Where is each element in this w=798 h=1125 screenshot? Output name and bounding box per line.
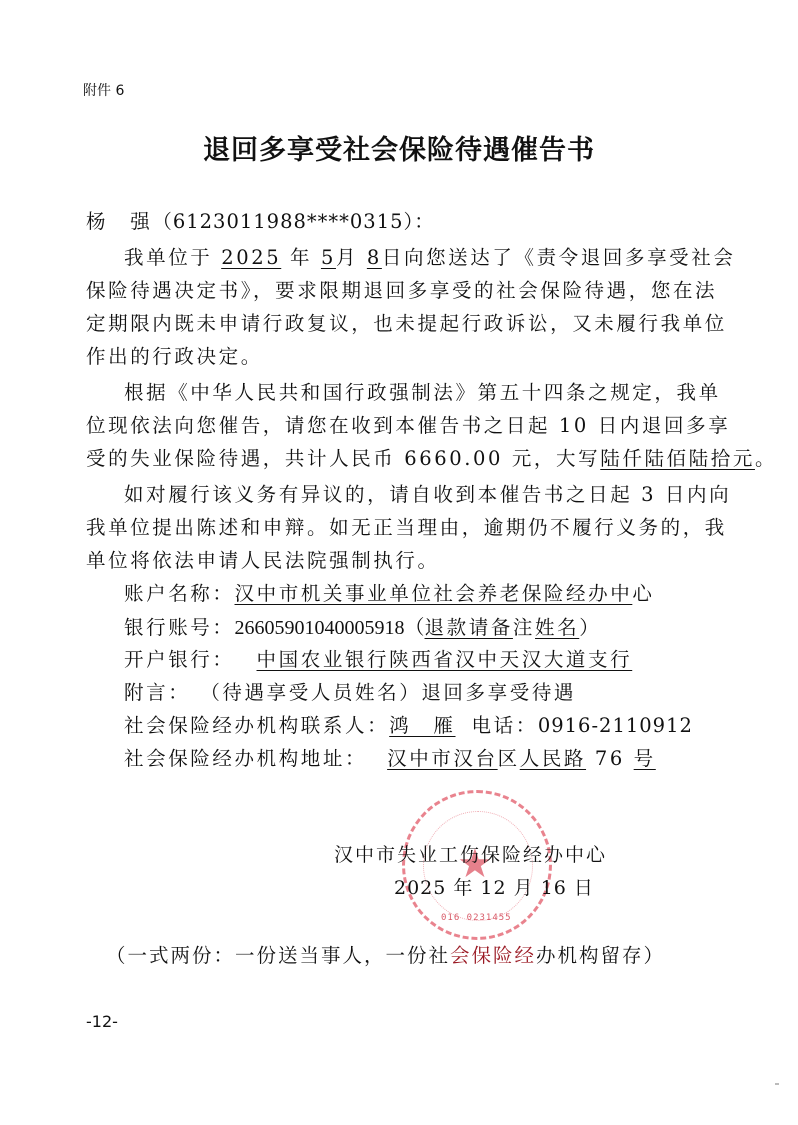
bank-label: 开户银行：	[124, 648, 235, 671]
refund-note-c: 姓名	[535, 616, 579, 639]
signing-date: 2025 年 12 月 16 日	[394, 873, 594, 900]
account-name-value: 汉中市机关事业单位社会养老保险经办中	[235, 582, 633, 605]
account-number-value: 26605901040005918（	[235, 617, 425, 639]
address-part-d: 76	[586, 747, 634, 770]
paragraph-1-line-2: 保险待遇决定书》，要求限期退回多享受的社会保险待遇，您在法	[86, 275, 717, 303]
account-name-tail: 心	[632, 582, 654, 605]
p2-line3-suffix: 。	[755, 447, 777, 470]
p2-line3-prefix: 受的失业保险待遇，共计人民币 6660.00 元，大写	[86, 447, 600, 470]
delivery-day: 8	[367, 246, 382, 269]
address-row: 社会保险经办机构地址：汉中市汉台区人民路 76 号	[124, 743, 656, 771]
contact-name: 鸿 雁	[389, 714, 455, 737]
paragraph-3-line-1: 如对履行该义务有异议的，请自收到本催告书之日起 3 日内向	[124, 479, 731, 507]
scan-artifact	[775, 1083, 779, 1085]
address-label: 社会保险经办机构地址：	[124, 747, 367, 770]
copies-note-stamped: 会保险经	[450, 944, 536, 967]
memo-label: 附言：	[124, 681, 190, 704]
refund-note-a: 退款请备	[425, 616, 513, 639]
paragraph-3-line-3: 单位将依法申请人民法院强制执行。	[86, 545, 440, 573]
copies-note: （一式两份：一份送当事人，一份社会保险经办机构留存）	[106, 940, 665, 968]
paragraph-2-line-3: 受的失业保险待遇，共计人民币 6660.00 元，大写陆仟陆佰陆拾元。	[86, 443, 777, 471]
copies-note-prefix: （一式两份：一份送当事人，一份社	[106, 944, 450, 967]
signing-organization: 汉中市失业工伤保险经办中心	[334, 840, 607, 867]
address-part-a: 汉中市汉台	[387, 747, 498, 770]
account-number-row: 银行账号：26605901040005918（退款请备注姓名）	[124, 611, 601, 640]
paragraph-3-line-2: 我单位提出陈述和申辩。如无正当理由，逾期仍不履行义务的，我	[86, 512, 727, 540]
account-name-row: 账户名称：汉中市机关事业单位社会养老保险经办中心	[124, 578, 654, 606]
addressee-id: （6123011988****0315）：	[152, 210, 434, 233]
bank-value: 中国农业银行陕西省汉中天汉大道支行	[257, 648, 633, 671]
address-part-b: 区	[498, 747, 520, 770]
paragraph-1-line-3: 定期限内既未申请行政复议，也未提起行政诉讼，又未履行我单位	[86, 308, 727, 336]
attachment-label: 附件 6	[83, 80, 124, 100]
address-part-c: 人民路	[520, 747, 586, 770]
paragraph-1-line-4: 作出的行政决定。	[86, 341, 263, 369]
addressee-line: 杨 强（6123011988****0315）：	[86, 206, 435, 234]
addressee-name: 杨 强	[86, 210, 152, 233]
seal-number: 016 0231455	[441, 913, 512, 923]
amount-in-words: 陆仟陆佰陆拾元	[600, 447, 755, 470]
phone-value: 0916-2110912	[538, 714, 693, 737]
memo-value: （待遇享受人员姓名）退回多享受待遇	[200, 681, 576, 704]
address-part-e: 号	[634, 747, 656, 770]
p1-month-suffix: 月	[336, 246, 367, 269]
memo-row: 附言：（待遇享受人员姓名）退回多享受待遇	[124, 677, 576, 705]
p1-rest: 日向您送达了《责令退回多享受社会	[382, 246, 736, 269]
p1-year-suffix: 年	[281, 246, 321, 269]
phone-label: 电话：	[472, 714, 538, 737]
refund-note-b: 注	[513, 616, 535, 639]
document-title: 退回多享受社会保险待遇催告书	[0, 128, 798, 167]
delivery-year: 2025	[221, 246, 281, 269]
bank-row: 开户银行：中国农业银行陕西省汉中天汉大道支行	[124, 644, 632, 672]
page-number: -12-	[86, 1012, 118, 1031]
delivery-month: 5	[321, 246, 336, 269]
copies-note-suffix: 办机构留存）	[536, 944, 665, 967]
account-name-label: 账户名称：	[124, 582, 235, 605]
account-number-label: 银行账号：	[124, 616, 235, 639]
refund-note-close: ）	[579, 616, 601, 639]
paragraph-2-line-1: 根据《中华人民共和国行政强制法》第五十四条之规定，我单	[124, 377, 721, 405]
paragraph-1-line-1: 我单位于 2025 年 5月 8日向您送达了《责令退回多享受社会	[124, 242, 735, 270]
contact-row: 社会保险经办机构联系人：鸿 雁电话：0916-2110912	[124, 710, 693, 738]
p1-prefix: 我单位于	[124, 246, 221, 269]
paragraph-2-line-2: 位现依法向您催告，请您在收到本催告书之日起 10 日内退回多享	[86, 410, 730, 438]
contact-label: 社会保险经办机构联系人：	[124, 714, 389, 737]
